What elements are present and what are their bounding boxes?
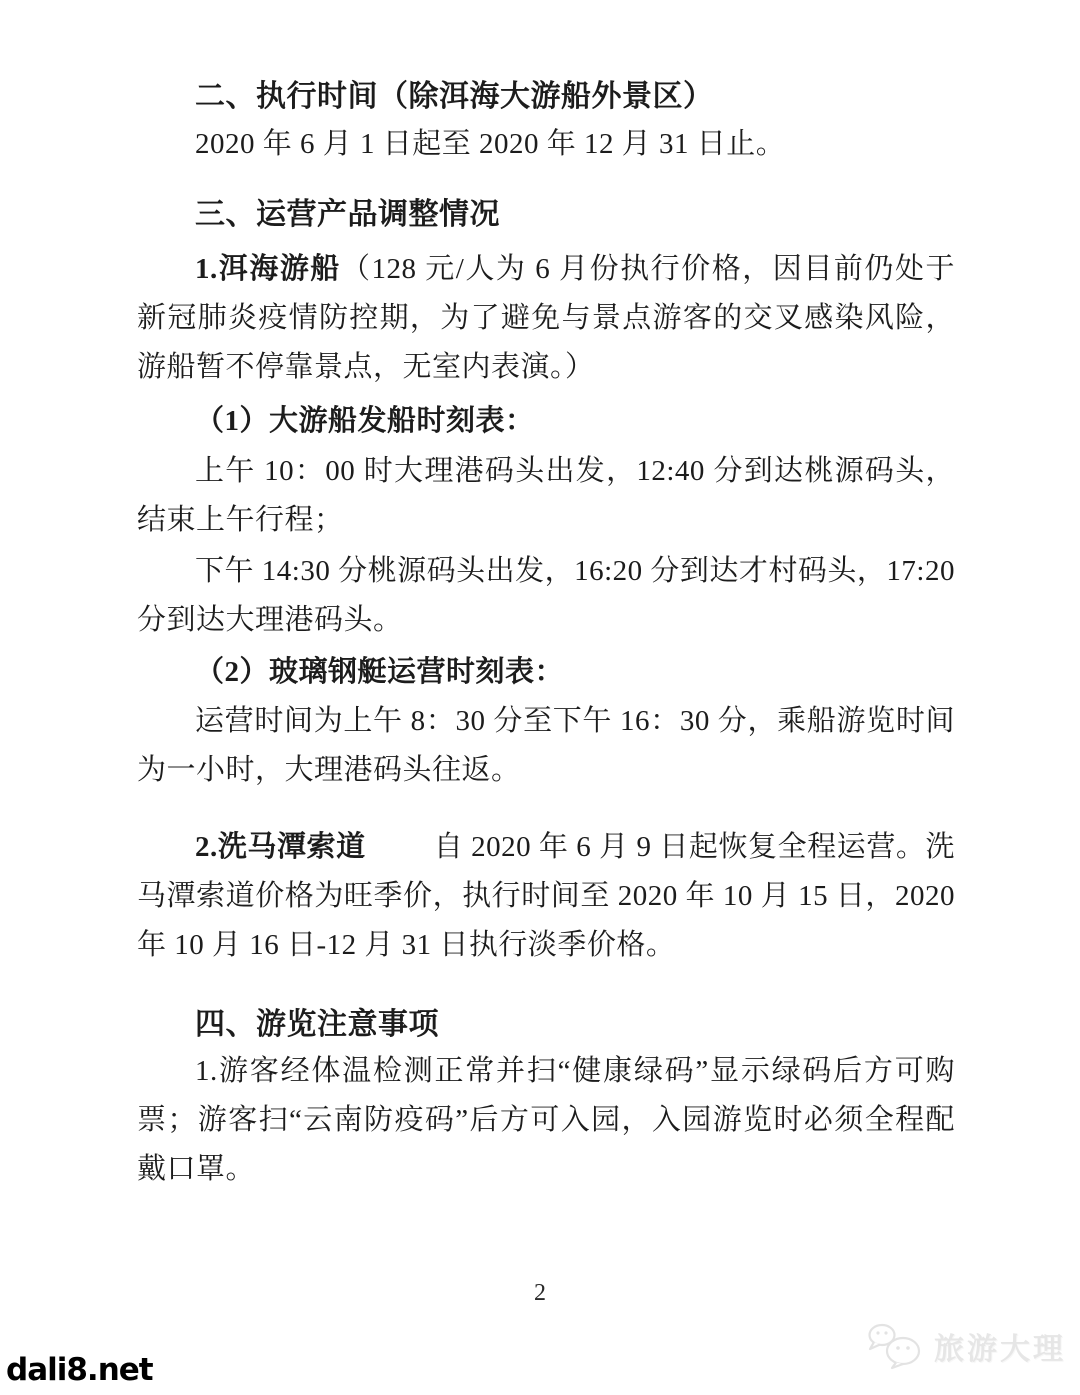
erhai-cruise-paragraph: 1.洱海游船（128 元/人为 6 月份执行价格，因目前仍处于新冠肺炎疫情防控期… xyxy=(137,245,955,392)
page-number: 2 xyxy=(0,1278,1080,1308)
document-page: 二、执行时间（除洱海大游船外景区） 2020 年 6 月 1 日起至 2020 … xyxy=(0,0,1080,1395)
visitor-notice-paragraph: 1.游客经体温检测正常并扫“健康绿码”显示绿码后方可购票；游客扫“云南防疫码”后… xyxy=(137,1047,955,1194)
erhai-cruise-lead: 1.洱海游船 xyxy=(195,253,341,285)
brand-watermark-text: 旅游大理 xyxy=(934,1324,1066,1368)
section-3-heading: 三、运营产品调整情况 xyxy=(137,190,955,239)
big-cruise-timetable-heading: （1）大游船发船时刻表： xyxy=(137,397,955,446)
brand-watermark: 旅游大理 xyxy=(866,1322,1066,1370)
frp-boat-schedule-paragraph: 运营时间为上午 8：30 分至下午 16：30 分，乘船游览时间为一小时，大理港… xyxy=(137,697,955,795)
ximatan-cableway-lead: 2.洗马潭索道 xyxy=(195,831,366,863)
site-watermark: dali8.net xyxy=(6,1352,153,1388)
section-2-heading: 二、执行时间（除洱海大游船外景区） xyxy=(137,72,955,121)
frp-boat-timetable-heading: （2）玻璃钢艇运营时刻表： xyxy=(137,648,955,697)
afternoon-schedule-paragraph: 下午 14:30 分桃源码头出发，16:20 分到达才村码头，17:20 分到达… xyxy=(137,547,955,645)
morning-schedule-paragraph: 上午 10：00 时大理港码头出发，12:40 分到达桃源码头，结束上午行程； xyxy=(137,447,955,545)
wechat-icon xyxy=(866,1322,928,1370)
section-2-date-range: 2020 年 6 月 1 日起至 2020 年 12 月 31 日止。 xyxy=(137,120,955,169)
section-4-heading: 四、游览注意事项 xyxy=(137,1000,955,1049)
ximatan-cableway-paragraph: 2.洗马潭索道自 2020 年 6 月 9 日起恢复全程运营。洗马潭索道价格为旺… xyxy=(137,823,955,970)
